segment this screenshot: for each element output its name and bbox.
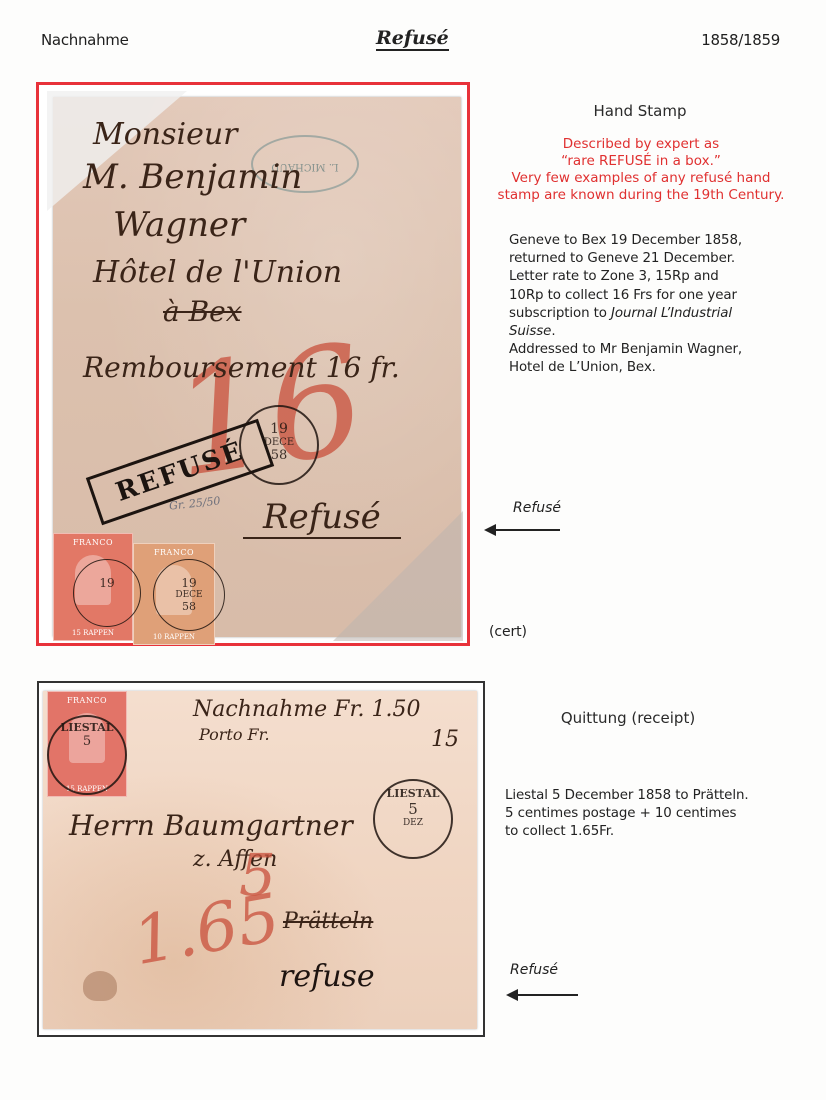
item-1-description: Geneve to Bex 19 December 1858, returned… (509, 232, 809, 378)
expert-note-line: Described by expert as (488, 136, 794, 153)
postmark-year: 58 (241, 448, 317, 463)
stamp-value: 10 RAPPEN (134, 633, 214, 641)
expert-note-line: Very few examples of any refusé hand (488, 170, 794, 187)
description-line: 5 centimes postage + 10 centimes (505, 805, 805, 823)
postmark-day: 5 (375, 800, 451, 818)
description-line: Letter rate to Zone 3, 15Rp and (509, 268, 809, 286)
porto-note: Porto Fr. (199, 725, 270, 744)
address-line: Wagner (113, 205, 245, 245)
destination: Prätteln (283, 909, 373, 934)
description-line: returned to Geneve 21 December. (509, 250, 809, 268)
item-2-description: Liestal 5 December 1858 to Prätteln. 5 c… (505, 787, 805, 842)
stamp-cancel: 19 (73, 559, 141, 627)
postmark-day: 19 (74, 576, 140, 590)
stamp-cancel: 19DECE58 (153, 559, 225, 631)
postmark-month: DECE (241, 437, 317, 448)
expert-note: Described by expert as “rare REFUSÉ in a… (488, 136, 794, 204)
description-line: Addressed to Mr Benjamin Wagner, (509, 341, 809, 359)
journal-title: Suisse (509, 324, 551, 339)
description-text: subscription to (509, 306, 611, 321)
charge-note: Nachnahme Fr. 1.50 (193, 697, 421, 722)
stamp-label: FRANCO (54, 534, 132, 547)
address-line: M. Benjamin (83, 157, 302, 197)
description-line: 10Rp to collect 16 Frs for one year (509, 287, 809, 305)
stamp-label: FRANCO (48, 692, 126, 705)
expert-note-line: stamp are known during the 19th Century. (488, 187, 794, 204)
postmark-day: 19 (154, 576, 224, 590)
refuse-arrow-label: Refusé (513, 500, 561, 516)
address-line: à Bex (163, 295, 242, 328)
postmark-month: DECE (154, 590, 224, 600)
liestal-postmark: LIESTAL 5 DEZ (373, 779, 453, 859)
description-line: subscription to Journal L’Industrial (509, 305, 809, 323)
description-line: Liestal 5 December 1858 to Prätteln. (505, 787, 805, 805)
refuse-handwritten: Refusé (243, 497, 401, 539)
description-text: . (551, 324, 555, 339)
postmark-year: 58 (154, 600, 224, 613)
page-section-label: Nachnahme (41, 31, 129, 49)
left-arrow-icon (494, 529, 560, 531)
postmark-city: LIESTAL (49, 721, 125, 734)
refuse-handwritten: refuse (279, 959, 375, 994)
expert-note-line: “rare REFUSÉ in a box.” (488, 153, 794, 170)
cert-label: (cert) (489, 623, 527, 641)
cover-1-envelope: L. MICHAUD 16 Monsieur M. Benjamin Wagne… (53, 97, 461, 637)
postmark-city: LIESTAL (375, 787, 451, 800)
description-line: Hotel de L’Union, Bex. (509, 359, 809, 377)
cover-2-envelope: FRANCO 15 RAPPEN LIESTAL 5 Nachnahme Fr.… (43, 691, 477, 1029)
geneve-postmark: 19 DECE 58 (239, 405, 319, 485)
address-line: Hôtel de l'Union (93, 255, 342, 290)
postmark-month: DEZ (375, 818, 451, 828)
item-2-title: Quittung (receipt) (548, 709, 708, 727)
description-line: to collect 1.65Fr. (505, 823, 805, 841)
cover-2-frame: FRANCO 15 RAPPEN LIESTAL 5 Nachnahme Fr.… (37, 681, 485, 1037)
red-crayon-5: 5 (239, 841, 276, 909)
charge-note: Remboursement 16 fr. (83, 351, 400, 384)
addressee: Herrn Baumgartner (69, 809, 353, 842)
porto-amount: 15 (431, 727, 459, 752)
postmark-day: 5 (49, 734, 125, 749)
description-line: Geneve to Bex 19 December 1858, (509, 232, 809, 250)
postmark-day: 19 (241, 421, 317, 437)
refuse-arrow-label: Refusé (510, 962, 558, 978)
left-arrow-icon (516, 994, 578, 996)
stamp-label: FRANCO (134, 544, 214, 557)
address-line: Monsieur (93, 117, 238, 152)
description-line: Suisse. (509, 323, 809, 341)
page-title: Refusé (376, 27, 449, 51)
stamp-value: 15 RAPPEN (54, 629, 132, 637)
liestal-cancel: LIESTAL 5 (47, 715, 127, 795)
cover-1-frame: L. MICHAUD 16 Monsieur M. Benjamin Wagne… (36, 82, 470, 646)
journal-title: Journal L’Industrial (611, 306, 732, 321)
page-date-range: 1858/1859 (701, 31, 780, 49)
stain (83, 971, 117, 1001)
item-1-title: Hand Stamp (560, 102, 720, 120)
